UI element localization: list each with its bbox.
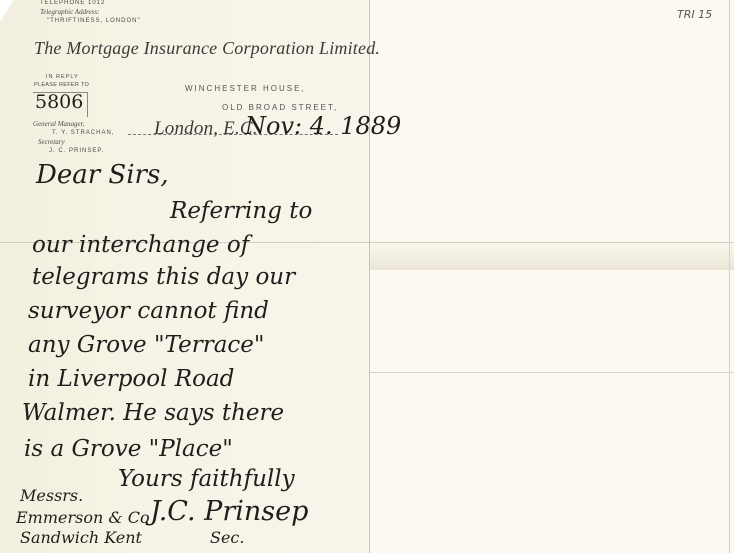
closing: Yours faithfully [118, 466, 295, 492]
torn-corner [0, 0, 14, 22]
reference-number: 5806 [35, 91, 83, 113]
letterhead-company-name: The Mortgage Insurance Corporation Limit… [34, 38, 380, 59]
letterhead-address-line-2: OLD BROAD STREET, [222, 103, 338, 112]
body-line-7: Walmer. He says there [22, 400, 284, 426]
letterhead-secretary-name: J. C. PRINSEP. [49, 148, 104, 154]
letter-sheet: TRI 15 TELEPHONE 1012 Telegraphic Addres… [0, 0, 734, 553]
recipient-line-1: Messrs. [20, 486, 83, 505]
horizontal-fold-line-lower [370, 372, 734, 373]
archive-reference: TRI 15 [677, 8, 712, 21]
body-line-5: any Grove "Terrace" [28, 332, 264, 358]
body-line-3: telegrams this day our [32, 264, 295, 290]
body-line-2: our interchange of [32, 232, 249, 258]
letterhead-city: London, E.C. [154, 118, 258, 140]
letterhead-reply-label: IN REPLY [46, 74, 79, 80]
letterhead-refer-label: PLEASE REFER TO [34, 82, 89, 88]
letter-blank-page [370, 0, 734, 553]
letter-date: Nov: 4. 1889 [245, 112, 401, 140]
page-edge [729, 0, 730, 553]
letterhead-telephone: TELEPHONE 1012 [40, 0, 105, 6]
letterhead-gm-label: General Manager, [33, 120, 84, 128]
recipient-line-2: Emmerson & Co [16, 508, 150, 527]
letterhead-gm-name: T. Y. STRACHAN, [52, 130, 114, 136]
salutation: Dear Sirs, [36, 160, 169, 190]
signature: J.C. Prinsep [150, 496, 308, 527]
letterhead-secretary-label: Secretary [38, 138, 65, 146]
letterhead-address-line-1: WINCHESTER HOUSE, [185, 84, 306, 93]
letterhead-telegraphic-address: "THRIFTINESS, LONDON" [47, 18, 141, 24]
body-line-1: Referring to [170, 198, 312, 224]
recipient-line-3: Sandwich Kent [20, 528, 142, 547]
signature-suffix: Sec. [210, 528, 244, 547]
fold-shadow [370, 240, 734, 270]
body-line-6: in Liverpool Road [28, 366, 234, 392]
letterhead-telegraphic-label: Telegraphic Address: [40, 8, 99, 16]
center-fold-line [369, 0, 370, 553]
body-line-8: is a Grove "Place" [24, 436, 233, 462]
body-line-4: surveyor cannot find [28, 298, 269, 324]
date-underline [128, 134, 338, 135]
